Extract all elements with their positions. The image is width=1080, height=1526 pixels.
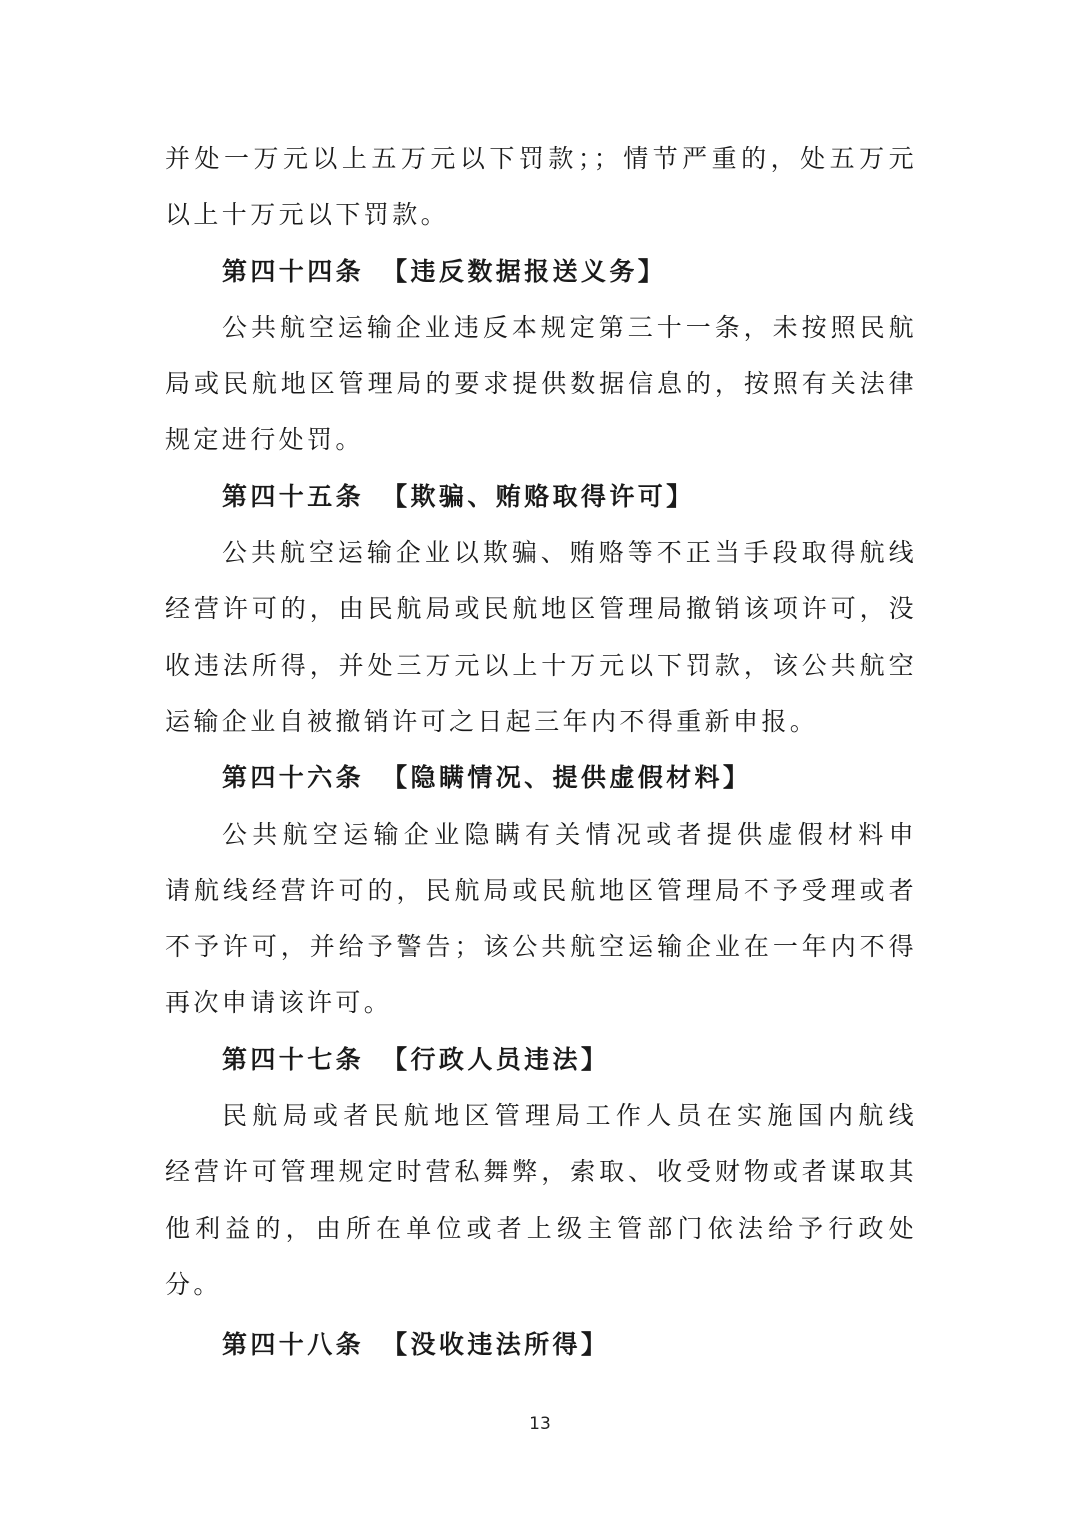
article-number: 第四十四条 xyxy=(222,257,364,286)
text-line: 分。 xyxy=(165,1257,917,1313)
article-46-body: 公共航空运输企业隐瞒有关情况或者提供虚假材料申 请航线经营许可的，民航局或民航地… xyxy=(165,807,917,1032)
article-title: 【没收违法所得】 xyxy=(382,1330,609,1359)
text-line: 经营许可管理规定时营私舞弊，索取、收受财物或者谋取其 xyxy=(165,1144,917,1200)
text-line: 公共航空运输企业以欺骗、贿赂等不正当手段取得航线 xyxy=(165,525,917,581)
article-title: 【欺骗、贿赂取得许可】 xyxy=(382,482,694,511)
text-line: 不予许可，并给予警告；该公共航空运输企业在一年内不得 xyxy=(165,919,917,975)
article-44-body: 公共航空运输企业违反本规定第三十一条，未按照民航 局或民航地区管理局的要求提供数… xyxy=(165,300,917,469)
text-line: 运输企业自被撤销许可之日起三年内不得重新申报。 xyxy=(165,694,917,750)
document-page: 并处一万元以上五万元以下罚款；；情节严重的，处五万元 以上十万元以下罚款。 第四… xyxy=(165,131,917,1374)
article-title: 【违反数据报送义务】 xyxy=(382,257,666,286)
article-heading-44: 第四十四条 【违反数据报送义务】 xyxy=(165,244,917,300)
article-heading-45: 第四十五条 【欺骗、贿赂取得许可】 xyxy=(165,469,917,525)
article-title: 【行政人员违法】 xyxy=(382,1045,609,1074)
text-line: 请航线经营许可的，民航局或民航地区管理局不予受理或者 xyxy=(165,863,917,919)
article-heading-47: 第四十七条 【行政人员违法】 xyxy=(165,1032,917,1088)
text-line: 他利益的，由所在单位或者上级主管部门依法给予行政处 xyxy=(165,1201,917,1257)
article-number: 第四十五条 xyxy=(222,482,364,511)
text-line: 公共航空运输企业隐瞒有关情况或者提供虚假材料申 xyxy=(165,807,917,863)
text-line: 公共航空运输企业违反本规定第三十一条，未按照民航 xyxy=(165,300,917,356)
text-line: 局或民航地区管理局的要求提供数据信息的，按照有关法律 xyxy=(165,356,917,412)
article-number: 第四十八条 xyxy=(222,1330,364,1359)
article-number: 第四十七条 xyxy=(222,1045,364,1074)
article-heading-48: 第四十八条 【没收违法所得】 xyxy=(165,1317,917,1373)
article-heading-46: 第四十六条 【隐瞒情况、提供虚假材料】 xyxy=(165,750,917,806)
text-line: 经营许可的，由民航局或民航地区管理局撤销该项许可，没 xyxy=(165,581,917,637)
text-line: 并处一万元以上五万元以下罚款；；情节严重的，处五万元 xyxy=(165,131,917,187)
article-47-body: 民航局或者民航地区管理局工作人员在实施国内航线 经营许可管理规定时营私舞弊，索取… xyxy=(165,1088,917,1313)
page-number: 13 xyxy=(0,1414,1080,1434)
paragraph-continued: 并处一万元以上五万元以下罚款；；情节严重的，处五万元 以上十万元以下罚款。 xyxy=(165,131,917,244)
article-number: 第四十六条 xyxy=(222,763,364,792)
text-line: 规定进行处罚。 xyxy=(165,412,917,468)
text-line: 以上十万元以下罚款。 xyxy=(165,187,917,243)
article-title: 【隐瞒情况、提供虚假材料】 xyxy=(382,763,751,792)
text-line: 再次申请该许可。 xyxy=(165,975,917,1031)
text-line: 民航局或者民航地区管理局工作人员在实施国内航线 xyxy=(165,1088,917,1144)
article-45-body: 公共航空运输企业以欺骗、贿赂等不正当手段取得航线 经营许可的，由民航局或民航地区… xyxy=(165,525,917,750)
text-line: 收违法所得，并处三万元以上十万元以下罚款，该公共航空 xyxy=(165,638,917,694)
